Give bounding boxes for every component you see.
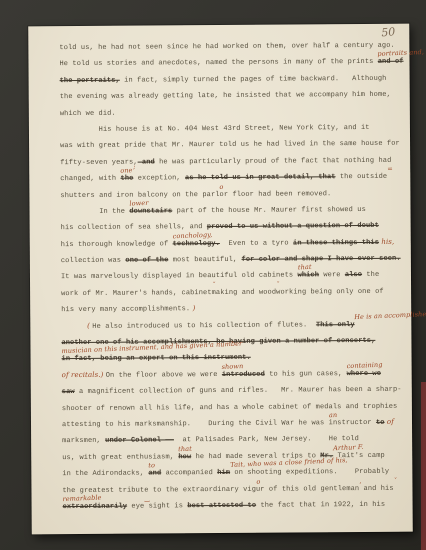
typed-text: most beautiful, — [168, 256, 241, 265]
scanned-manuscript-screenshot: { "document": { "page_number": "50", "li… — [0, 0, 426, 550]
struck-text: in these things this — [293, 239, 379, 248]
struck-text: which — [297, 272, 319, 280]
typed-text: which we did. — [60, 109, 116, 117]
typed-text: eye — [127, 502, 144, 510]
text-line: remarkableextraordinarily eye‿ sight is … — [63, 497, 411, 516]
typed-text: instructor — [329, 419, 376, 427]
struck-text: This only — [316, 321, 355, 329]
struck-text: under Colonel —— — [105, 437, 174, 445]
typed-text: making and wood — [212, 288, 277, 296]
text-line: in the Adirondacks, toand accompanied hi… — [62, 464, 410, 483]
struck-text: extraordinarily — [63, 503, 128, 511]
typed-text: work of Mr. Maurer's hands, cabinet — [61, 289, 212, 298]
typed-text: It was marvelously displayed in beautifu… — [61, 272, 298, 282]
struck-text: downstairs — [129, 207, 172, 215]
text-line: changed, with onethe exception, as he to… — [60, 169, 408, 188]
typed-text: in fact, simply turned the pages of time… — [120, 75, 387, 85]
typed-text: shooter of renown all his life, and has … — [62, 402, 398, 412]
text-line: the evening was already getting late, he… — [60, 87, 408, 106]
typed-text: were — [319, 272, 345, 280]
struck-text: proved to us without a question of doubt — [207, 222, 379, 231]
typed-text: fifty-seven years — [60, 158, 133, 167]
typed-text: he was particularly proud of the fact th… — [155, 157, 392, 167]
struck-text: and — [138, 158, 155, 166]
typed-text: to his gun cases, — [265, 370, 347, 379]
typed-text: accompanied — [161, 469, 217, 477]
underlying-sheet-edge — [421, 382, 426, 550]
text-block: told us, he had not seen since he had wo… — [59, 38, 410, 516]
typed-text: ur of this old gentleman — [256, 485, 359, 494]
typed-text: attesting to his marksmanship. During th… — [62, 419, 329, 429]
typed-text — [61, 323, 87, 331]
struck-text: also — [345, 271, 362, 279]
typed-text: his very many accomplishments. — [61, 305, 190, 314]
typed-text: working being only one of — [276, 288, 384, 297]
typed-text: at Palisades Park, New Jersey. He told — [174, 435, 359, 444]
struck-text: the — [120, 175, 133, 183]
struck-text: how — [178, 453, 191, 461]
handwritten-annotation: of recitals.) — [62, 371, 106, 379]
struck-text: where we — [347, 370, 381, 378]
typed-text: was with great pride that Mr. Maurer tol… — [60, 140, 400, 150]
struck-text: for color and shape I have ever seen. — [241, 255, 400, 264]
struck-text: saw — [62, 388, 75, 396]
struck-text: introduced — [222, 371, 265, 379]
typed-text: his thorough knowledge of — [61, 240, 173, 249]
struck-text: one of the — [125, 256, 168, 264]
typed-text: In the — [61, 208, 130, 216]
struck-text: him — [217, 469, 230, 477]
struck-text: and of — [378, 58, 404, 66]
handwritten-annotation: of — [385, 418, 394, 426]
typed-text: He told us stories and anecdotes, named … — [59, 58, 377, 68]
typed-text: He also introduced us to his collection … — [92, 321, 316, 331]
typed-text: the outside — [336, 173, 388, 181]
text-line: work of Mr. Maurer's hands, cabinetˇmaki… — [61, 284, 409, 303]
struck-text: to — [376, 419, 385, 427]
typed-text: on shooting expeditions. Probably — [230, 468, 389, 477]
struck-text: as he told us in great detail, that — [185, 173, 336, 182]
typed-text: part of the house Mr. Maurer first showe… — [172, 206, 366, 215]
typed-text: the evening was already getting late, he… — [60, 91, 391, 101]
typed-text: a magnificent collection of guns and rif… — [75, 386, 402, 396]
text-line: saw a magnificent collection of guns and… — [62, 382, 410, 401]
struck-text: technology. — [173, 240, 220, 248]
typed-text: us, with great enthusiasm, — [62, 453, 178, 462]
typed-text: Even to a tyro — [220, 239, 293, 248]
text-line: was with great pride that Mr. Maurer tol… — [60, 136, 408, 155]
typed-text: His house is at No. 404 West 43rd Street… — [60, 124, 370, 134]
typed-text: On the floor above we were — [106, 371, 222, 380]
typed-text: marksmen, — [62, 437, 105, 445]
typed-text: or floor had been removed. — [220, 190, 332, 199]
typed-text: exception, — [133, 174, 185, 182]
text-line: his collection of sea shells, and proved… — [61, 218, 409, 237]
handwritten-annotation: his, — [379, 237, 394, 245]
typed-text: the — [362, 271, 379, 279]
struck-text: best attested to — [187, 502, 256, 510]
typed-text: sight is — [144, 502, 187, 510]
manuscript-page: 50 told us, he had not seen since he had… — [28, 24, 413, 535]
typed-text: the fact that in 1922, in his — [256, 501, 385, 510]
typed-text: told us, he had not seen since he had wo… — [59, 42, 395, 52]
struck-text: the portraits, — [60, 76, 120, 84]
typed-text: in the Adirondacks, — [62, 470, 148, 479]
typed-text: and his — [359, 484, 393, 492]
typed-text: collection was — [61, 257, 126, 265]
struck-text: and — [148, 470, 161, 478]
typed-text: changed, with — [60, 175, 120, 183]
handwritten-annotation: ) — [190, 304, 195, 312]
